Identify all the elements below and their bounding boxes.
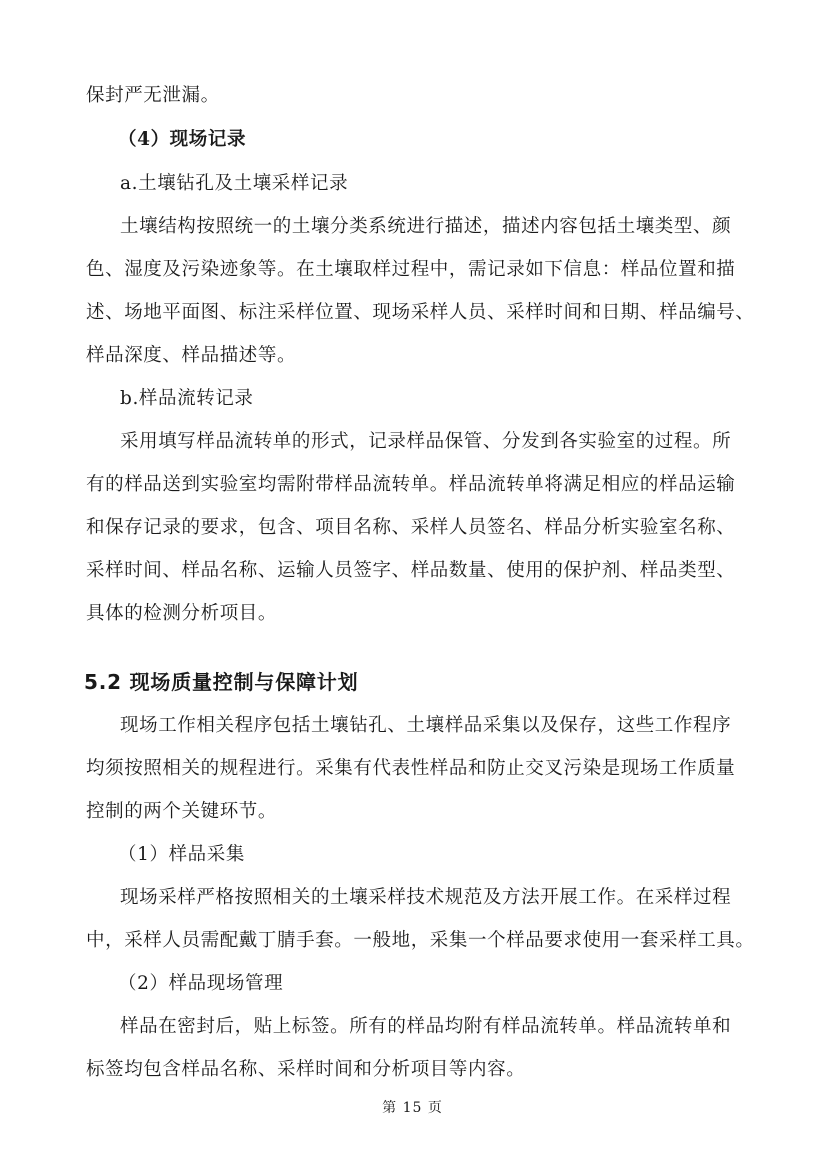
item-a-paragraph-line-3: 述、场地平面图、标注采样位置、现场采样人员、采样时间和日期、样品编号、 [86,301,746,325]
section-5-2-intro-line-3: 控制的两个关键环节。 [86,800,746,824]
continuation-text: 保封严无泄漏。 [86,84,746,108]
sample-management-line-1: 样品在密封后，贴上标签。所有的样品均附有样品流转单。样品流转单和 [120,1015,746,1039]
item-b-paragraph-line-5: 具体的检测分析项目。 [86,602,746,626]
sample-management-line-2: 标签均包含样品名称、采样时间和分析项目等内容。 [86,1058,746,1082]
subsection-heading-site-records: （4）现场记录 [118,128,778,152]
section-5-2-intro-line-2: 均须按照相关的规程进行。采集有代表性样品和防止交叉污染是现场工作质量 [86,757,746,781]
item-b-paragraph-line-1: 采用填写样品流转单的形式，记录样品保管、分发到各实验室的过程。所 [120,430,746,454]
page-number-footer: 第 15 页 [0,1099,825,1117]
sub-heading-sample-site-management: （2）样品现场管理 [118,972,778,996]
section-5-2-intro-line-1: 现场工作相关程序包括土壤钻孔、土壤样品采集以及保存，这些工作程序 [120,714,746,738]
document-page: 保封严无泄漏。 （4）现场记录 a.土壤钻孔及土壤采样记录 土壤结构按照统一的土… [0,0,825,1166]
item-b-paragraph-line-2: 有的样品送到实验室均需附带样品流转单。样品流转单将满足相应的样品运输 [86,473,746,497]
item-a-title: a.土壤钻孔及土壤采样记录 [120,172,780,196]
item-a-paragraph-line-1: 土壤结构按照统一的土壤分类系统进行描述，描述内容包括土壤类型、颜 [120,215,746,239]
item-b-paragraph-line-4: 采样时间、样品名称、运输人员签字、样品数量、使用的保护剂、样品类型、 [86,559,746,583]
sample-collection-line-1: 现场采样严格按照相关的土壤采样技术规范及方法开展工作。在采样过程 [120,886,746,910]
sub-heading-sample-collection: （1）样品采集 [118,843,778,867]
sample-collection-line-2: 中，采样人员需配戴丁腈手套。一般地，采集一个样品要求使用一套采样工具。 [86,929,746,953]
item-b-title: b.样品流转记录 [120,387,780,411]
section-heading-5-2: 5.2 现场质量控制与保障计划 [84,668,358,696]
item-b-paragraph-line-3: 和保存记录的要求，包含、项目名称、采样人员签名、样品分析实验室名称、 [86,516,746,540]
item-a-paragraph-line-2: 色、湿度及污染迹象等。在土壤取样过程中，需记录如下信息：样品位置和描 [86,258,746,282]
item-a-paragraph-line-4: 样品深度、样品描述等。 [86,344,746,368]
